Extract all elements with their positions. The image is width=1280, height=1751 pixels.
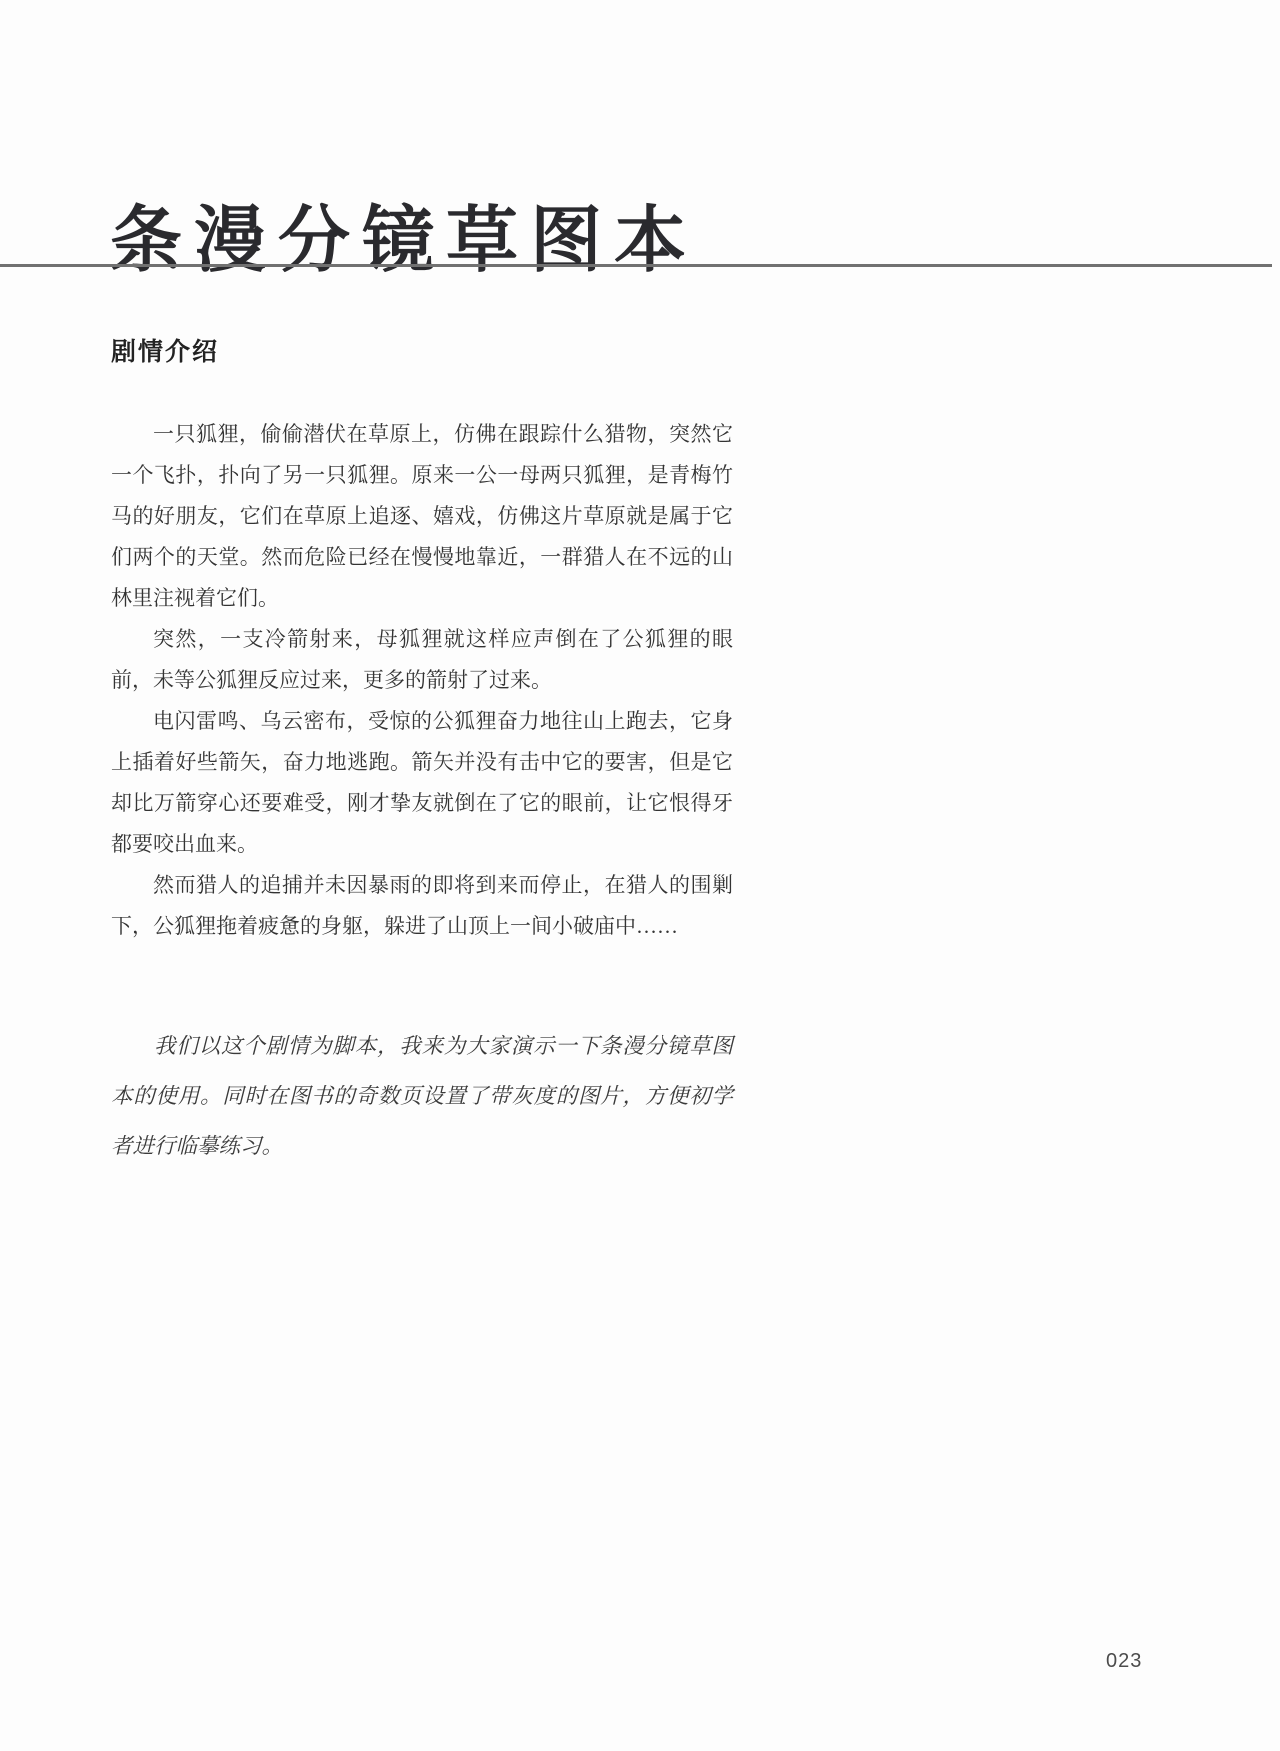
page-number: 023 bbox=[1106, 1650, 1142, 1673]
story-paragraph-3: 电闪雷鸣、乌云密布，受惊的公狐狸奋力地往山上跑去，它身上插着好些箭矢，奋力地逃跑… bbox=[111, 701, 733, 865]
section-heading-plot-intro: 剧情介绍 bbox=[111, 332, 733, 368]
story-paragraph-4: 然而猎人的追捕并未因暴雨的即将到来而停止，在猎人的围剿下，公狐狸拖着疲惫的身躯，… bbox=[111, 865, 733, 947]
chapter-title: 条漫分镜草图本 bbox=[110, 182, 698, 286]
book-page: 条漫分镜草图本 剧情介绍 一只狐狸，偷偷潜伏在草原上，仿佛在跟踪什么猎物，突然它… bbox=[0, 0, 1280, 1751]
story-paragraph-1: 一只狐狸，偷偷潜伏在草原上，仿佛在跟踪什么猎物，突然它一个飞扑，扑向了另一只狐狸… bbox=[111, 414, 733, 619]
page-content: 剧情介绍 一只狐狸，偷偷潜伏在草原上，仿佛在跟踪什么猎物，突然它一个飞扑，扑向了… bbox=[111, 332, 733, 1171]
story-text-block: 一只狐狸，偷偷潜伏在草原上，仿佛在跟踪什么猎物，突然它一个飞扑，扑向了另一只狐狸… bbox=[111, 414, 733, 947]
title-divider-rule bbox=[0, 264, 1272, 267]
author-note-paragraph: 我们以这个剧情为脚本，我来为大家演示一下条漫分镜草图本的使用。同时在图书的奇数页… bbox=[111, 1021, 733, 1171]
story-paragraph-2: 突然，一支冷箭射来，母狐狸就这样应声倒在了公狐狸的眼前，未等公狐狸反应过来，更多… bbox=[111, 619, 733, 701]
